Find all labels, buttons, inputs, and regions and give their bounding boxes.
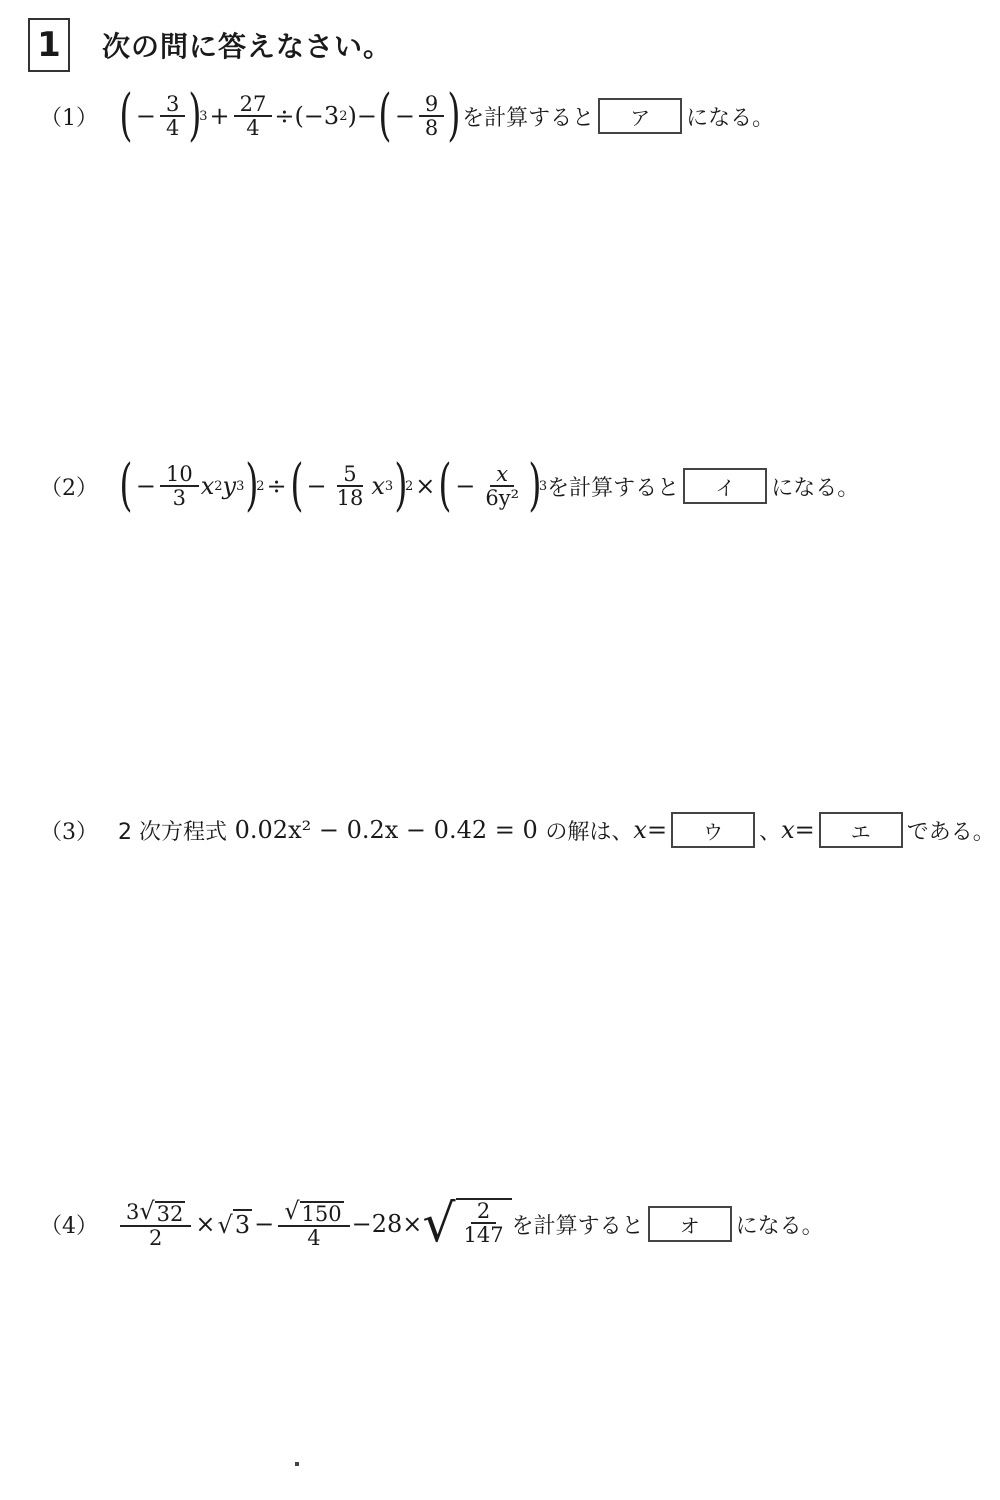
question-4: （4） 3√322 × √3 − √1504 −28× √2147 を計算すると… [40, 1198, 824, 1250]
answer-box-o[interactable]: オ [648, 1206, 732, 1242]
question-label: （1） [40, 101, 118, 132]
section-header: 1 次の問に答えなさい。 [28, 18, 392, 72]
question-label: （3） [40, 815, 118, 846]
equation: 0.02x² − 0.2x − 0.42 = 0 [235, 816, 538, 844]
fraction: 274 [234, 93, 273, 139]
speck [295, 1462, 299, 1466]
answer-box-u[interactable]: ウ [671, 812, 755, 848]
fraction: 98 [419, 93, 444, 139]
answer-box-i[interactable]: イ [683, 468, 767, 504]
question-3: （3） 2 次方程式 0.02x² − 0.2x − 0.42 = 0 の解は、… [40, 812, 995, 848]
section-number: 1 [28, 18, 70, 72]
instruction-title: 次の問に答えなさい。 [102, 25, 392, 65]
fraction: 34 [160, 93, 185, 139]
question-2: （2） (− 103 x2y3 )2 ÷ (− 518 x3 )2 × (− x… [40, 458, 859, 514]
question-label: （4） [40, 1209, 118, 1240]
question-label: （2） [40, 471, 118, 502]
question-1: （1） (− 34 )3 + 274 ÷(−32)− (− 98 ) を計算する… [40, 88, 774, 144]
answer-box-e[interactable]: エ [819, 812, 903, 848]
answer-box-a[interactable]: ア [598, 98, 682, 134]
